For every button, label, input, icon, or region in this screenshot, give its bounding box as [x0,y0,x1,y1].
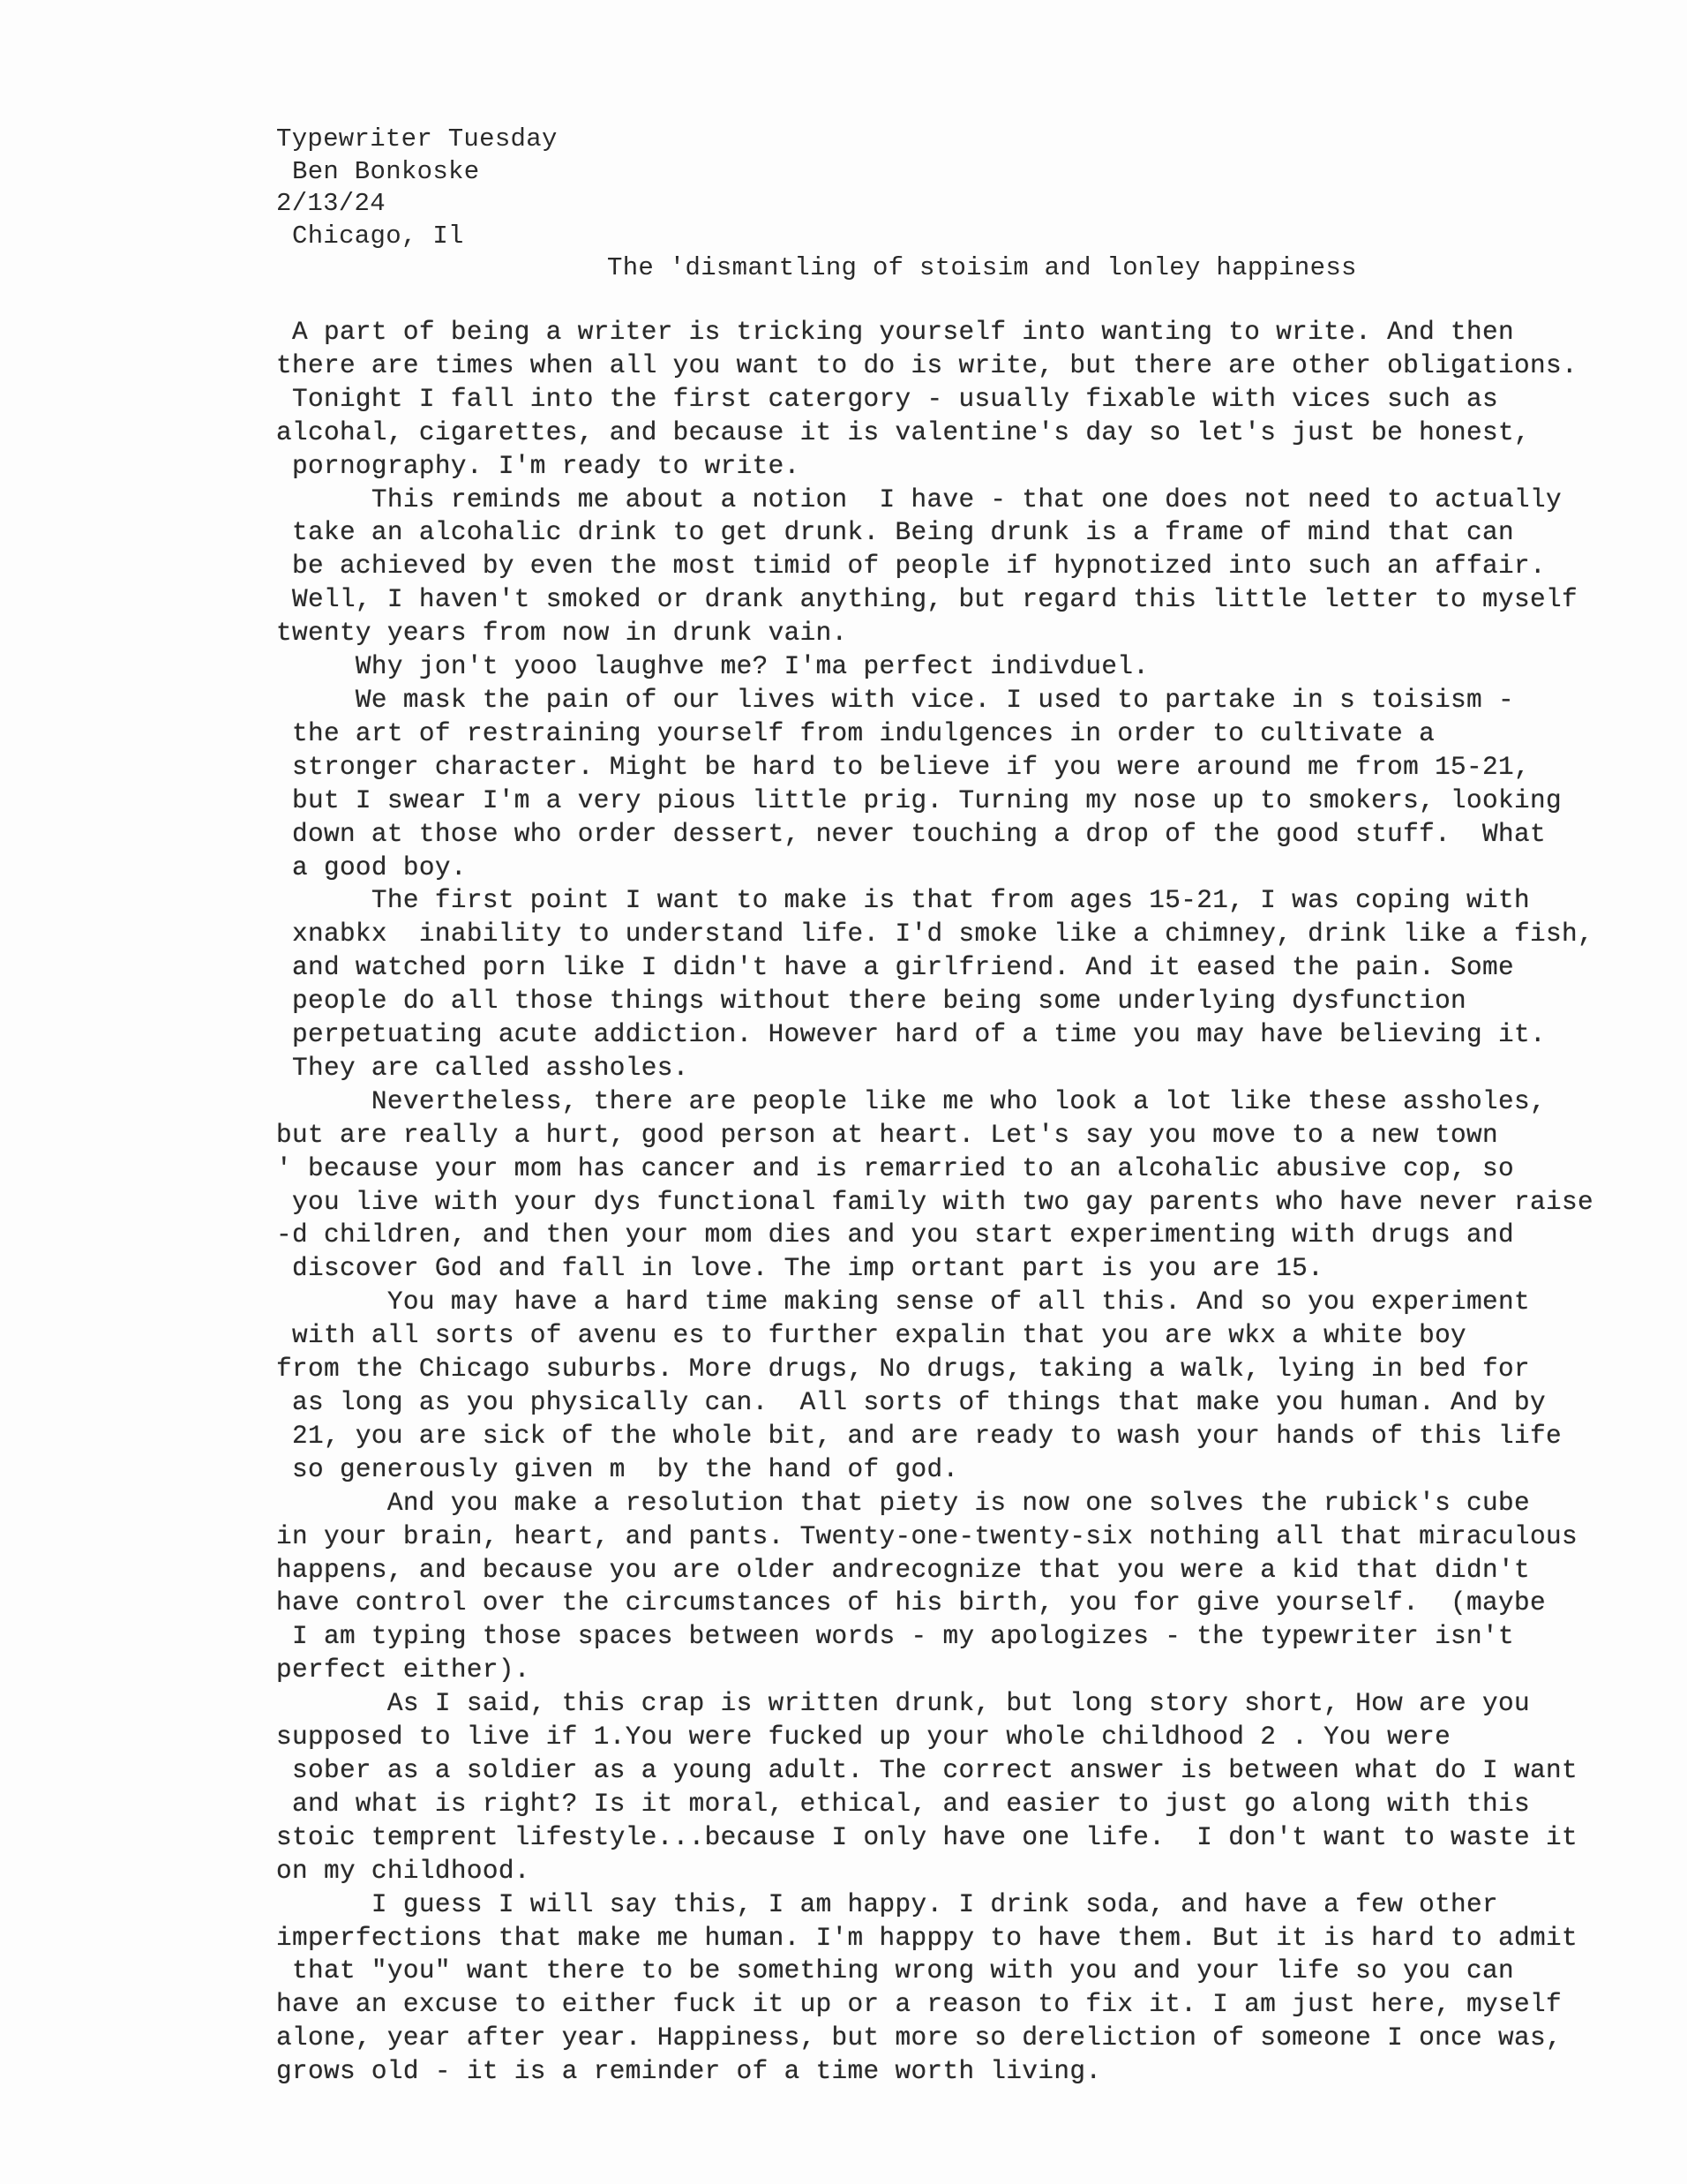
text-line: sober as a soldier as a young adult. The… [276,1754,1670,1788]
text-line: in your brain, heart, and pants. Twenty-… [276,1520,1670,1554]
text-line: This reminds me about a notion I have - … [276,484,1670,517]
text-line: twenty years from now in drunk vain. [276,617,1670,650]
text-line: that "you" want there to be something wr… [276,1955,1670,1988]
text-line: I guess I will say this, I am happy. I d… [276,1888,1670,1922]
text-line: with all sorts of avenu es to further ex… [276,1319,1670,1353]
letter-header: Typewriter Tuesday Ben Bonkoske 2/13/24 … [276,124,558,252]
text-line: but are really a hurt, good person at he… [276,1119,1670,1152]
text-line: Tonight I fall into the first catergory … [276,383,1670,417]
text-line: there are times when all you want to do … [276,349,1670,383]
text-line: the art of restraining yourself from ind… [276,717,1670,751]
text-line: on my childhood. [276,1855,1670,1888]
text-line: perpetuating acute addiction. However ha… [276,1018,1670,1052]
text-line: have an excuse to either fuck it up or a… [276,1988,1670,2022]
typewritten-page: Typewriter Tuesday Ben Bonkoske 2/13/24 … [0,0,1687,2184]
text-line: grows old - it is a reminder of a time w… [276,2055,1670,2089]
text-line: Why jon't yooo laughve me? I'ma perfect … [276,650,1670,684]
text-line: people do all those things without there… [276,985,1670,1018]
header-date: 2/13/24 [276,188,558,221]
text-line: have control over the circumstances of h… [276,1587,1670,1620]
text-line: and watched porn like I didn't have a gi… [276,951,1670,985]
text-line: As I said, this crap is written drunk, b… [276,1687,1670,1721]
header-series-title: Typewriter Tuesday [276,124,558,156]
text-line: A part of being a writer is tricking you… [276,316,1670,349]
text-line: Nevertheless, there are people like me w… [276,1085,1670,1119]
text-line: perfect either). [276,1654,1670,1687]
text-line: as long as you physically can. All sorts… [276,1386,1670,1420]
text-line: Well, I haven't smoked or drank anything… [276,583,1670,617]
text-line: You may have a hard time making sense of… [276,1286,1670,1319]
text-line: They are called assholes. [276,1052,1670,1085]
text-line: happens, and because you are older andre… [276,1554,1670,1587]
text-line: 21, you are sick of the whole bit, and a… [276,1420,1670,1453]
text-line: The first point I want to make is that f… [276,884,1670,918]
text-line: a good boy. [276,852,1670,885]
text-line: but I swear I'm a very pious little prig… [276,784,1670,818]
text-line: alcohal, cigarettes, and because it is v… [276,417,1670,450]
text-line: imperfections that make me human. I'm ha… [276,1922,1670,1955]
text-line: I am typing those spaces between words -… [276,1620,1670,1654]
text-line: We mask the pain of our lives with vice.… [276,684,1670,717]
text-line: And you make a resolution that piety is … [276,1487,1670,1520]
text-line: and what is right? Is it moral, ethical,… [276,1788,1670,1821]
text-line: take an alcohalic drink to get drunk. Be… [276,516,1670,550]
text-line: so generously given m by the hand of god… [276,1453,1670,1487]
text-line: you live with your dys functional family… [276,1186,1670,1220]
text-line: pornography. I'm ready to write. [276,450,1670,484]
header-location: Chicago, Il [276,221,558,253]
document-title: The 'dismantling of stoisim and lonley h… [607,253,1357,282]
text-line: stoic temprent lifestyle...because I onl… [276,1821,1670,1855]
text-line: xnabkx inability to understand life. I'd… [276,918,1670,951]
text-line: -d children, and then your mom dies and … [276,1219,1670,1252]
text-line: discover God and fall in love. The imp o… [276,1252,1670,1286]
text-line: be achieved by even the most timid of pe… [276,550,1670,583]
text-line: from the Chicago suburbs. More drugs, No… [276,1353,1670,1386]
header-author: Ben Bonkoske [276,156,558,189]
text-line: stronger character. Might be hard to bel… [276,751,1670,784]
text-line: ' because your mom has cancer and is rem… [276,1152,1670,1186]
letter-body: A part of being a writer is tricking you… [276,316,1670,2089]
text-line: down at those who order dessert, never t… [276,818,1670,852]
text-line: supposed to live if 1.You were fucked up… [276,1721,1670,1754]
text-line: alone, year after year. Happiness, but m… [276,2022,1670,2055]
